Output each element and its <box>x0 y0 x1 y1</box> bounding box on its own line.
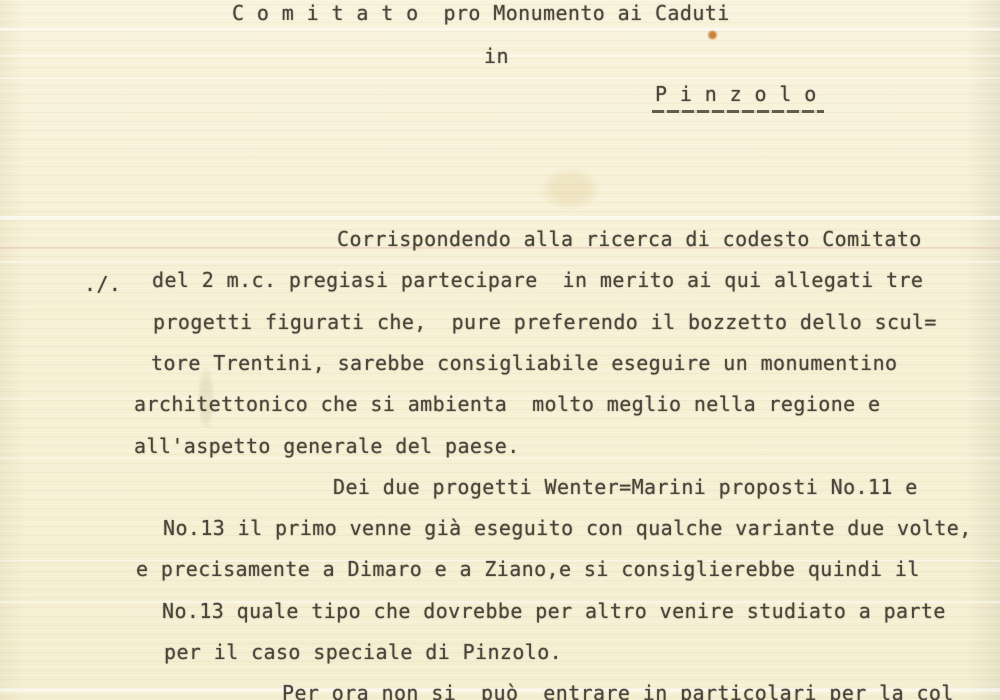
scan-streak <box>0 261 1000 263</box>
typewritten-line: e precisamente a Dimaro e a Ziano,e si c… <box>136 557 920 581</box>
scan-streak <box>0 77 1000 79</box>
scan-streak <box>0 28 1000 31</box>
typewritten-line: progetti figurati che, pure preferendo i… <box>153 310 937 334</box>
enclosure-margin-mark: ./. <box>84 272 121 296</box>
typewritten-line: No.13 quale tipo che dovrebbe per altro … <box>162 599 946 623</box>
scan-streak <box>0 216 1000 220</box>
typewritten-line: Dei due progetti Wenter=Marini proposti … <box>333 475 918 499</box>
typewritten-line: No.13 il primo venne già eseguito con qu… <box>163 516 972 540</box>
typewritten-line: tore Trentini, sarebbe consigliabile ese… <box>151 351 897 375</box>
typewritten-line: all'aspetto generale del paese. <box>134 434 520 458</box>
letterhead-place-line: P i n z o l o <box>655 82 817 106</box>
typewritten-line: del 2 m.c. pregiasi partecipare in merit… <box>152 268 923 292</box>
scanned-letter-page: C o m i t a t o pro Monumento ai Caduti … <box>0 0 1000 700</box>
place-underline <box>652 110 824 113</box>
letterhead-committee-line: C o m i t a t o pro Monumento ai Caduti <box>232 1 730 25</box>
typewritten-line: Per ora non si può entrare in particolar… <box>282 681 954 700</box>
typewritten-line: Corrispondendo alla ricerca di codesto C… <box>337 227 922 251</box>
typewritten-line: architettonico che si ambienta molto meg… <box>134 392 880 416</box>
paper-stain <box>540 168 600 210</box>
ink-dot-stain <box>707 30 718 40</box>
letterhead-in-line: in <box>484 44 509 68</box>
typewritten-line: per il caso speciale di Pinzolo. <box>164 640 562 664</box>
